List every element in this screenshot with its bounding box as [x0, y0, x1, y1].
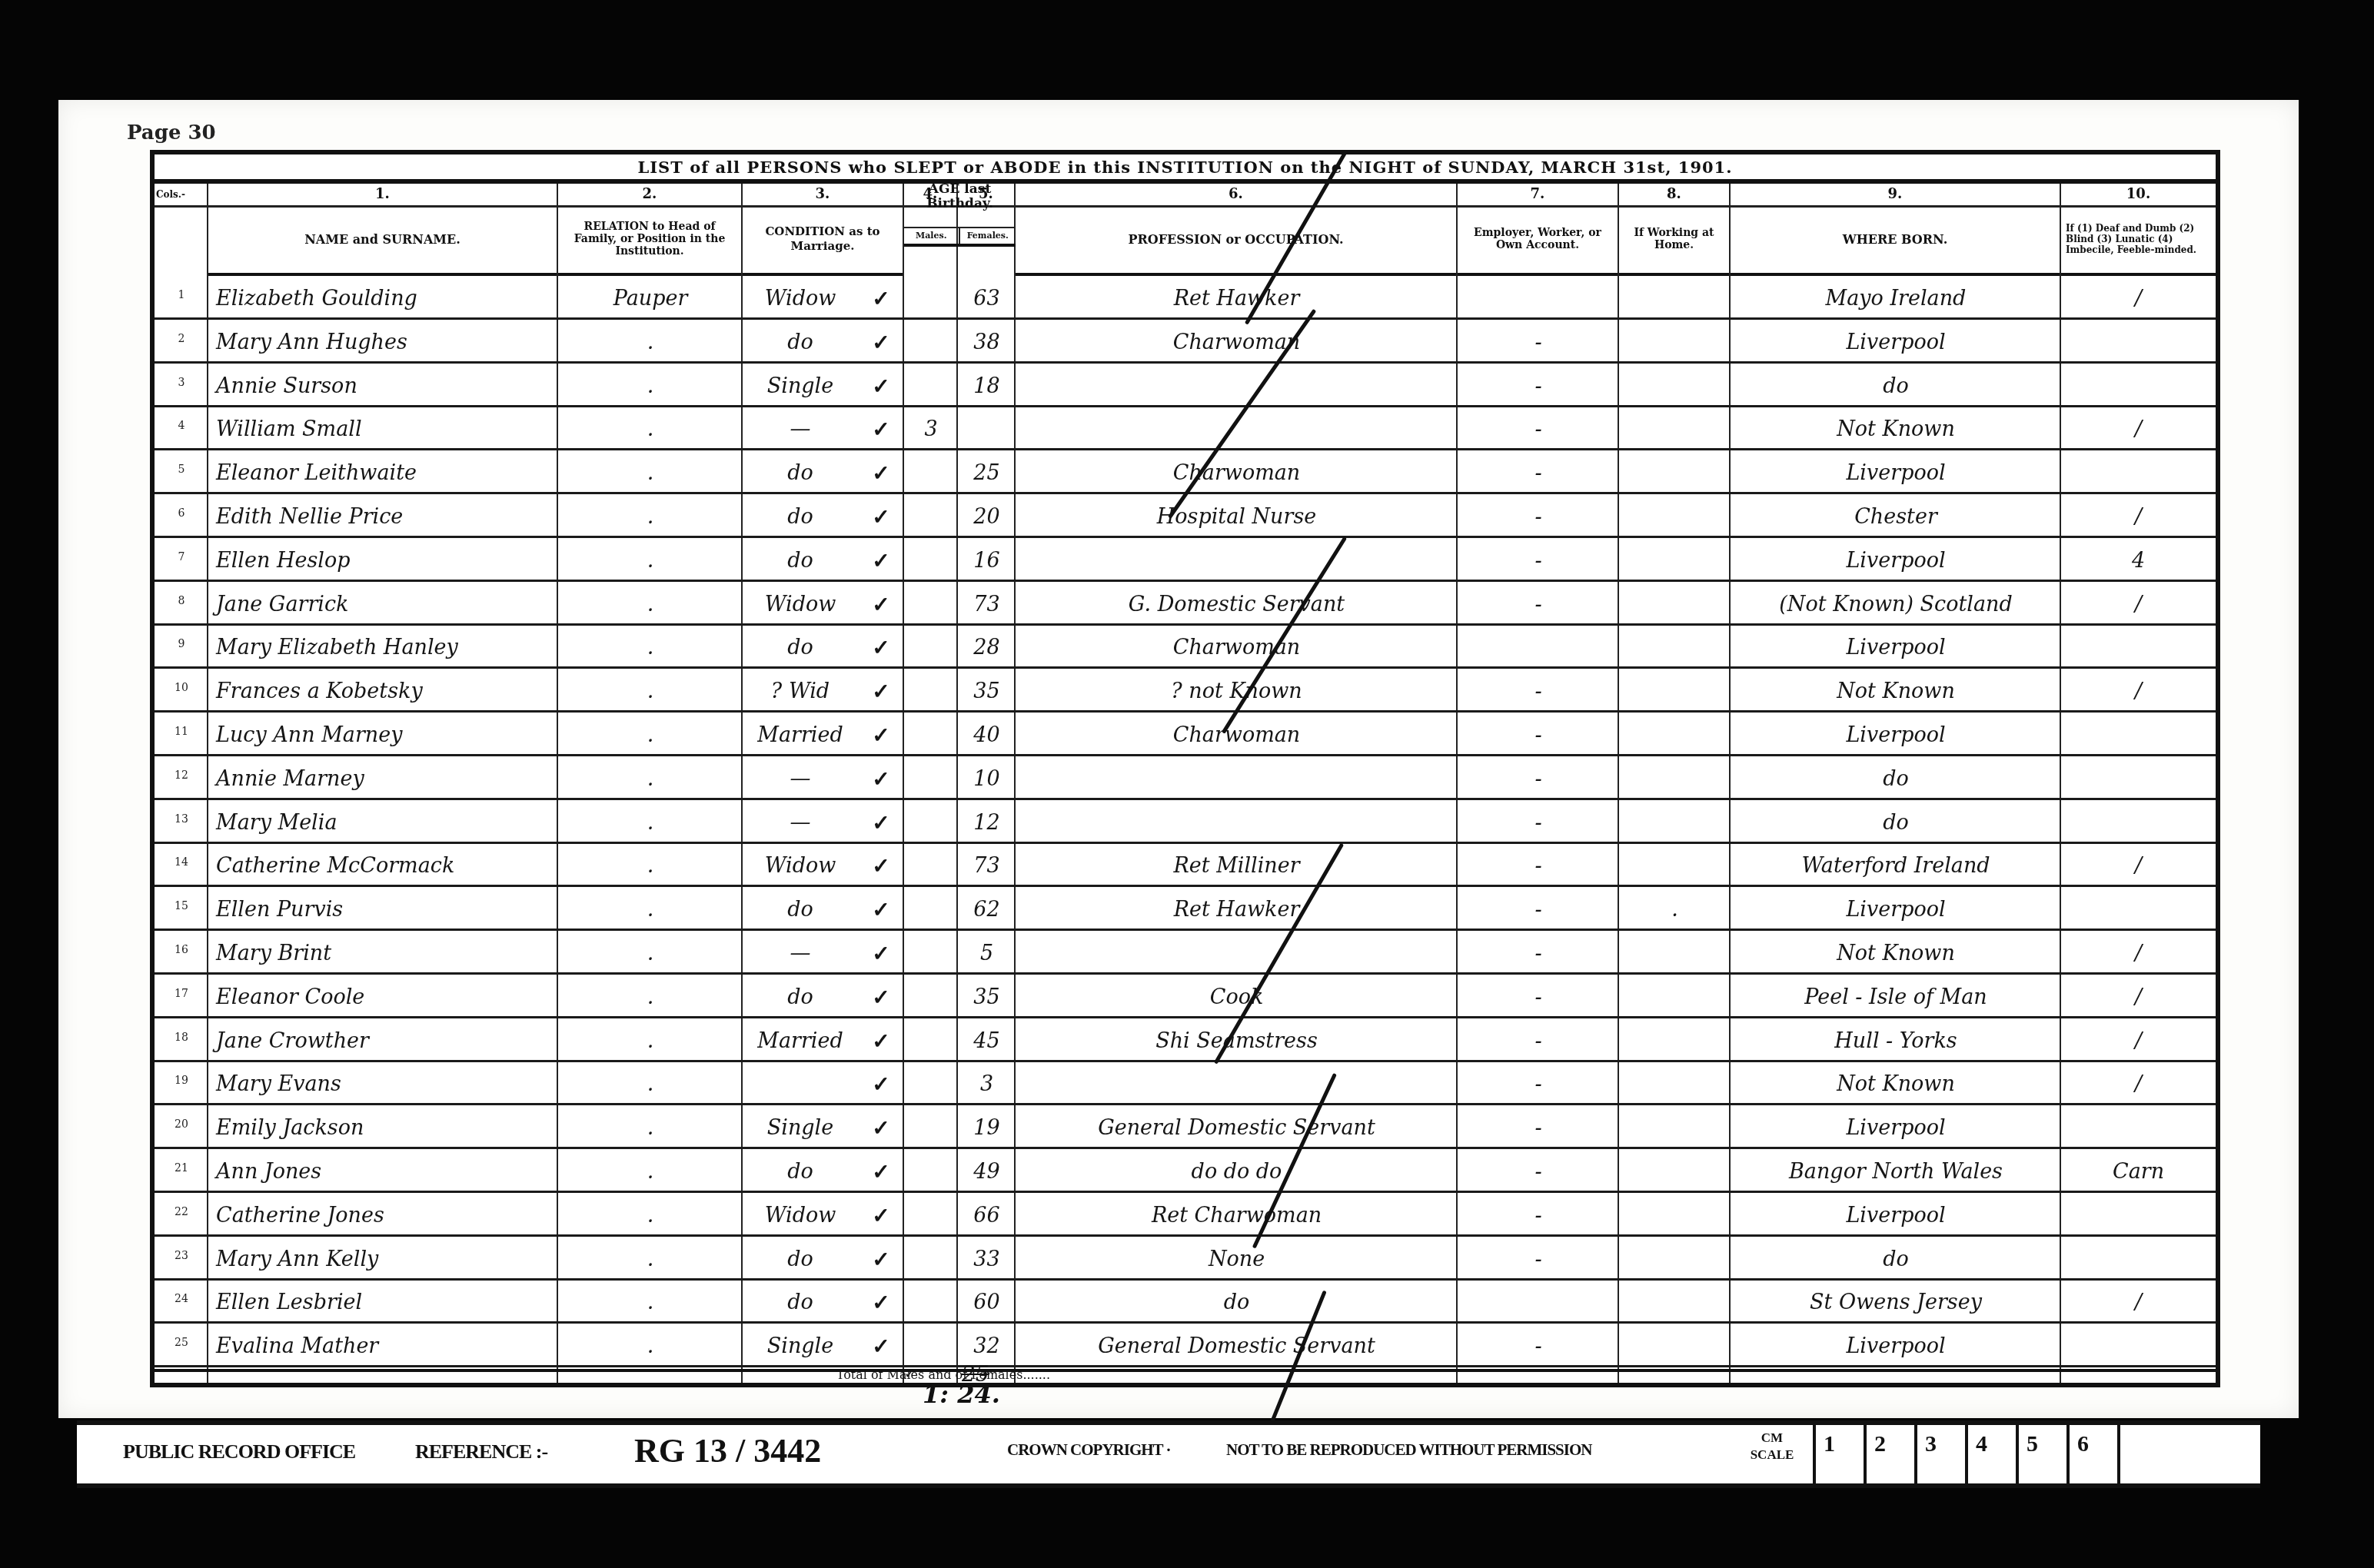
working-at-home: . — [1619, 887, 1731, 929]
footer-scale-label: CM SCALE — [1749, 1430, 1795, 1463]
working-at-home — [1619, 931, 1731, 972]
relation-to-head: . — [558, 1324, 743, 1365]
row-number: 2 — [155, 320, 208, 361]
age-female: 35 — [958, 669, 1016, 710]
marital-condition: do — [743, 975, 858, 1016]
person-name: Ann Jones — [208, 1149, 558, 1191]
age-male — [904, 538, 958, 580]
header-home: If Working at Home. — [1619, 205, 1729, 276]
age-female: 45 — [958, 1018, 1016, 1060]
age-female: 20 — [958, 494, 1016, 536]
table-row: 22Catherine Jones.Widow✓66Ret Charwoman-… — [155, 1193, 2216, 1237]
infirmity-mark: Carn — [2061, 1149, 2216, 1191]
scale-mark: 3 — [1914, 1425, 1965, 1483]
employment-status: - — [1458, 582, 1619, 623]
occupation — [1016, 364, 1458, 405]
birthplace: Not Known — [1731, 931, 2061, 972]
birthplace: do — [1731, 364, 2061, 405]
person-name: Mary Ann Kelly — [208, 1237, 558, 1278]
marital-condition: — — [743, 800, 858, 842]
occupation: G. Domestic Servant — [1016, 582, 1458, 623]
age-female: 49 — [958, 1149, 1016, 1191]
working-at-home — [1619, 669, 1731, 710]
employment-status: - — [1458, 407, 1619, 448]
census-schedule-table: LIST of all PERSONS who SLEPT or ABODE i… — [150, 150, 2220, 1387]
relation-to-head: . — [558, 494, 743, 536]
footer-reference-label: REFERENCE :- — [415, 1440, 547, 1463]
age-male — [904, 276, 958, 317]
infirmity-mark: / — [2061, 1018, 2216, 1060]
working-at-home — [1619, 320, 1731, 361]
age-male — [904, 364, 958, 405]
marital-condition: do — [743, 450, 858, 492]
row-number: 5 — [155, 450, 208, 492]
person-name: Lucy Ann Marney — [208, 713, 558, 754]
person-name: Frances a Kobetsky — [208, 669, 558, 710]
marital-condition: Single — [743, 364, 858, 405]
check-mark: ✓ — [858, 1061, 904, 1103]
row-number: 20 — [155, 1105, 208, 1147]
marital-condition: do — [743, 625, 858, 666]
marital-condition: do — [743, 1237, 858, 1278]
check-mark: ✓ — [858, 320, 904, 361]
table-row: 16Mary Brint.—✓5-Not Known/ — [155, 931, 2216, 975]
age-male — [904, 450, 958, 492]
age-female: 35 — [958, 975, 1016, 1016]
table-row: 12Annie Marney.—✓10-do — [155, 756, 2216, 800]
check-mark: ✓ — [858, 975, 904, 1016]
row-number: 11 — [155, 713, 208, 754]
table-row: 10Frances a Kobetsky.? Wid✓35? not Known… — [155, 669, 2216, 713]
table-row: 25Evalina Mather.Single✓32General Domest… — [155, 1324, 2216, 1367]
employment-status: - — [1458, 1105, 1619, 1147]
total-row: Total of Males and of Females....... ✓ 2… — [155, 1369, 2216, 1390]
occupation: Charwoman — [1016, 450, 1458, 492]
relation-to-head: . — [558, 713, 743, 754]
relation-to-head: . — [558, 1061, 743, 1103]
header-males: Males. — [904, 227, 960, 244]
check-mark: ✓ — [858, 887, 904, 929]
occupation — [1016, 931, 1458, 972]
age-male — [904, 931, 958, 972]
relation-to-head: . — [558, 887, 743, 929]
occupation — [1016, 800, 1458, 842]
relation-to-head: . — [558, 1193, 743, 1234]
occupation: Ret Hawker — [1016, 276, 1458, 317]
infirmity-mark — [2061, 800, 2216, 842]
employment-status: - — [1458, 364, 1619, 405]
age-female: 12 — [958, 800, 1016, 842]
age-male — [904, 669, 958, 710]
check-mark: ✓ — [858, 756, 904, 798]
table-row: 15Ellen Purvis.do✓62Ret Hawker-.Liverpoo… — [155, 887, 2216, 931]
person-name: Emily Jackson — [208, 1105, 558, 1147]
working-at-home — [1619, 975, 1731, 1016]
check-mark: ✓ — [858, 800, 904, 842]
birthplace: Mayo Ireland — [1731, 276, 2061, 317]
working-at-home — [1619, 494, 1731, 536]
scale-mark: 4 — [1965, 1425, 2016, 1483]
infirmity-mark: / — [2061, 582, 2216, 623]
row-number: 18 — [155, 1018, 208, 1060]
marital-condition: do — [743, 494, 858, 536]
infirmity-mark — [2061, 364, 2216, 405]
check-mark: ✓ — [858, 407, 904, 448]
row-number: 1 — [155, 276, 208, 317]
employment-status: - — [1458, 1237, 1619, 1278]
infirmity-mark: 4 — [2061, 538, 2216, 580]
check-mark: ✓ — [858, 494, 904, 536]
person-name: Elizabeth Goulding — [208, 276, 558, 317]
person-name: William Small — [208, 407, 558, 448]
age-female: 63 — [958, 276, 1016, 317]
occupation — [1016, 538, 1458, 580]
person-name: Evalina Mather — [208, 1324, 558, 1365]
scale-mark: 1 — [1813, 1425, 1864, 1483]
marital-condition: Married — [743, 1018, 858, 1060]
age-male — [904, 1324, 958, 1365]
birthplace: (Not Known) Scotland — [1731, 582, 2061, 623]
infirmity-mark: / — [2061, 843, 2216, 885]
age-female: 60 — [958, 1280, 1016, 1321]
table-row: 21Ann Jones.do✓49do do do-Bangor North W… — [155, 1149, 2216, 1193]
marital-condition: Widow — [743, 843, 858, 885]
occupation — [1016, 407, 1458, 448]
table-row: 18Jane Crowther.Married✓45Shi Seamstress… — [155, 1018, 2216, 1062]
relation-to-head: Pauper — [558, 276, 743, 317]
row-number: 7 — [155, 538, 208, 580]
relation-to-head: . — [558, 625, 743, 666]
relation-to-head: . — [558, 800, 743, 842]
marital-condition: Widow — [743, 1193, 858, 1234]
birthplace: Liverpool — [1731, 1193, 2061, 1234]
relation-to-head: . — [558, 320, 743, 361]
marital-condition: ? Wid — [743, 669, 858, 710]
employment-status: - — [1458, 1149, 1619, 1191]
check-mark: ✓ — [858, 1280, 904, 1321]
infirmity-mark — [2061, 625, 2216, 666]
age-female: 3 — [958, 1061, 1016, 1103]
occupation — [1016, 1061, 1458, 1103]
footer-reference: RG 13 / 3442 — [634, 1431, 821, 1470]
marital-condition: Single — [743, 1324, 858, 1365]
infirmity-mark — [2061, 1193, 2216, 1234]
relation-to-head: . — [558, 364, 743, 405]
total-males: ✓ — [904, 1366, 916, 1382]
check-mark: ✓ — [858, 669, 904, 710]
marital-condition: do — [743, 1280, 858, 1321]
marital-condition: Single — [743, 1105, 858, 1147]
check-mark: ✓ — [858, 450, 904, 492]
employment-status — [1458, 276, 1619, 317]
relation-to-head: . — [558, 1018, 743, 1060]
header-infirmity: If (1) Deaf and Dumb (2) Blind (3) Lunat… — [2061, 205, 2216, 276]
marital-condition: — — [743, 407, 858, 448]
table-row: 6Edith Nellie Price.do✓20Hospital Nurse-… — [155, 494, 2216, 538]
working-at-home — [1619, 1149, 1731, 1191]
table-row: 5Eleanor Leithwaite.do✓25Charwoman-Liver… — [155, 450, 2216, 494]
birthplace: Liverpool — [1731, 887, 2061, 929]
working-at-home — [1619, 843, 1731, 885]
birthplace: Not Known — [1731, 407, 2061, 448]
page-number: Page 30 — [127, 121, 216, 145]
relation-to-head: . — [558, 843, 743, 885]
age-female: 40 — [958, 713, 1016, 754]
birthplace: Chester — [1731, 494, 2061, 536]
age-male — [904, 625, 958, 666]
person-name: Catherine Jones — [208, 1193, 558, 1234]
row-number: 23 — [155, 1237, 208, 1278]
employment-status: - — [1458, 669, 1619, 710]
table-row: 13Mary Melia.—✓12-do — [155, 800, 2216, 844]
employment-status: - — [1458, 494, 1619, 536]
relation-to-head: . — [558, 1105, 743, 1147]
birthplace: Liverpool — [1731, 450, 2061, 492]
footer-copyright: CROWN COPYRIGHT · — [1007, 1440, 1170, 1460]
table-row: 8Jane Garrick.Widow✓73G. Domestic Servan… — [155, 582, 2216, 626]
employment-status: - — [1458, 800, 1619, 842]
relation-to-head: . — [558, 407, 743, 448]
table-row: 17Eleanor Coole.do✓35Cook-Peel - Isle of… — [155, 975, 2216, 1018]
age-male — [904, 1018, 958, 1060]
row-number: 19 — [155, 1061, 208, 1103]
row-number: 24 — [155, 1280, 208, 1321]
birthplace: Peel - Isle of Man — [1731, 975, 2061, 1016]
age-female: 10 — [958, 756, 1016, 798]
age-female: 66 — [958, 1193, 1016, 1234]
relation-to-head: . — [558, 582, 743, 623]
row-number: 14 — [155, 843, 208, 885]
age-male — [904, 756, 958, 798]
age-male — [904, 1280, 958, 1321]
infirmity-mark — [2061, 1105, 2216, 1147]
row-number: 16 — [155, 931, 208, 972]
scale-mark: 2 — [1864, 1425, 1914, 1483]
table-row: 24Ellen Lesbriel.do✓60doSt Owens Jersey/ — [155, 1280, 2216, 1324]
infirmity-mark: / — [2061, 1280, 2216, 1321]
age-male — [904, 582, 958, 623]
occupation: General Domestic Servant — [1016, 1324, 1458, 1365]
person-name: Mary Elizabeth Hanley — [208, 625, 558, 666]
age-male — [904, 843, 958, 885]
scale-mark: 5 — [2016, 1425, 2066, 1483]
employment-status: - — [1458, 887, 1619, 929]
age-male — [904, 1237, 958, 1278]
check-mark: ✓ — [858, 582, 904, 623]
relation-to-head: . — [558, 931, 743, 972]
person-name: Mary Brint — [208, 931, 558, 972]
infirmity-mark: / — [2061, 931, 2216, 972]
check-mark: ✓ — [858, 625, 904, 666]
person-name: Ellen Lesbriel — [208, 1280, 558, 1321]
check-mark: ✓ — [858, 1237, 904, 1278]
person-name: Jane Crowther — [208, 1018, 558, 1060]
row-number: 25 — [155, 1324, 208, 1365]
marital-condition: Married — [743, 713, 858, 754]
person-name: Ellen Purvis — [208, 887, 558, 929]
age-female: 38 — [958, 320, 1016, 361]
birthplace: Liverpool — [1731, 320, 2061, 361]
working-at-home — [1619, 800, 1731, 842]
employment-status: - — [1458, 713, 1619, 754]
table-row: 1Elizabeth GouldingPauperWidow✓63Ret Haw… — [155, 276, 2216, 320]
employment-status: - — [1458, 1018, 1619, 1060]
birthplace: do — [1731, 1237, 2061, 1278]
infirmity-mark: / — [2061, 669, 2216, 710]
employment-status: - — [1458, 450, 1619, 492]
working-at-home — [1619, 1061, 1731, 1103]
employment-status: - — [1458, 538, 1619, 580]
age-male — [904, 1193, 958, 1234]
occupation: ? not Known — [1016, 669, 1458, 710]
row-number: 10 — [155, 669, 208, 710]
infirmity-mark: / — [2061, 276, 2216, 317]
working-at-home — [1619, 713, 1731, 754]
working-at-home — [1619, 1193, 1731, 1234]
employment-status: - — [1458, 931, 1619, 972]
relation-to-head: . — [558, 1149, 743, 1191]
archive-footer: PUBLIC RECORD OFFICE REFERENCE :- RG 13 … — [77, 1420, 2260, 1488]
person-name: Mary Ann Hughes — [208, 320, 558, 361]
employment-status: - — [1458, 756, 1619, 798]
occupation: Hospital Nurse — [1016, 494, 1458, 536]
marital-condition: do — [743, 320, 858, 361]
working-at-home — [1619, 1324, 1731, 1365]
birthplace: Liverpool — [1731, 538, 2061, 580]
header-age: AGE last Birthday. Males. Females. — [904, 176, 1016, 247]
age-male — [904, 320, 958, 361]
marital-condition: Widow — [743, 582, 858, 623]
row-number: 22 — [155, 1193, 208, 1234]
marital-condition: do — [743, 538, 858, 580]
header-employer: Employer, Worker, or Own Account. — [1458, 205, 1618, 276]
occupation: do — [1016, 1280, 1458, 1321]
total-correction: 1: 24. — [923, 1380, 1000, 1409]
marital-condition: do — [743, 887, 858, 929]
age-male — [904, 1105, 958, 1147]
age-female: 73 — [958, 582, 1016, 623]
row-number: 21 — [155, 1149, 208, 1191]
person-name: Catherine McCormack — [208, 843, 558, 885]
infirmity-mark — [2061, 713, 2216, 754]
scale-end — [2117, 1425, 2128, 1483]
birthplace: Liverpool — [1731, 1324, 2061, 1365]
employment-status — [1458, 625, 1619, 666]
occupation: Ret Milliner — [1016, 843, 1458, 885]
birthplace: Liverpool — [1731, 713, 2061, 754]
employment-status: - — [1458, 975, 1619, 1016]
infirmity-mark: / — [2061, 975, 2216, 1016]
infirmity-mark — [2061, 1324, 2216, 1365]
birthplace: do — [1731, 800, 2061, 842]
row-number: 3 — [155, 364, 208, 405]
marital-condition: — — [743, 931, 858, 972]
age-female: 16 — [958, 538, 1016, 580]
working-at-home — [1619, 582, 1731, 623]
relation-to-head: . — [558, 669, 743, 710]
header-occupation: PROFESSION or OCCUPATION. — [1016, 205, 1456, 276]
table-row: 2Mary Ann Hughes.do✓38Charwoman-Liverpoo… — [155, 320, 2216, 364]
relation-to-head: . — [558, 1237, 743, 1278]
occupation: Charwoman — [1016, 713, 1458, 754]
age-female — [958, 407, 1016, 448]
birthplace: Hull - Yorks — [1731, 1018, 2061, 1060]
row-number: 12 — [155, 756, 208, 798]
row-number: 9 — [155, 625, 208, 666]
check-mark: ✓ — [858, 1193, 904, 1234]
birthplace: Waterford Ireland — [1731, 843, 2061, 885]
row-number: 4 — [155, 407, 208, 448]
marital-condition: — — [743, 756, 858, 798]
check-mark: ✓ — [858, 538, 904, 580]
infirmity-mark — [2061, 450, 2216, 492]
working-at-home — [1619, 1280, 1731, 1321]
footer-office: PUBLIC RECORD OFFICE — [123, 1440, 355, 1463]
working-at-home — [1619, 276, 1731, 317]
header-where-born: WHERE BORN. — [1731, 205, 2060, 276]
occupation: None — [1016, 1237, 1458, 1278]
birthplace: do — [1731, 756, 2061, 798]
age-male — [904, 975, 958, 1016]
row-number: 8 — [155, 582, 208, 623]
person-name: Eleanor Coole — [208, 975, 558, 1016]
row-number: 13 — [155, 800, 208, 842]
table-row: 20Emily Jackson.Single✓19General Domesti… — [155, 1105, 2216, 1149]
age-female: 33 — [958, 1237, 1016, 1278]
birthplace: Liverpool — [1731, 625, 2061, 666]
check-mark: ✓ — [858, 1018, 904, 1060]
age-male — [904, 494, 958, 536]
check-mark: ✓ — [858, 931, 904, 972]
table-row: 11Lucy Ann Marney.Married✓40Charwoman-Li… — [155, 713, 2216, 756]
birthplace: Liverpool — [1731, 1105, 2061, 1147]
employment-status: - — [1458, 1193, 1619, 1234]
check-mark: ✓ — [858, 1149, 904, 1191]
person-name: Eleanor Leithwaite — [208, 450, 558, 492]
occupation: do do do — [1016, 1149, 1458, 1191]
working-at-home — [1619, 364, 1731, 405]
relation-to-head: . — [558, 975, 743, 1016]
age-female: 5 — [958, 931, 1016, 972]
working-at-home — [1619, 756, 1731, 798]
birthplace: St Owens Jersey — [1731, 1280, 2061, 1321]
employment-status: - — [1458, 320, 1619, 361]
table-row: 19Mary Evans.✓3-Not Known/ — [155, 1061, 2216, 1105]
schedule-title: LIST of all PERSONS who SLEPT or ABODE i… — [155, 154, 2216, 184]
occupation: Ret Charwoman — [1016, 1193, 1458, 1234]
age-male — [904, 800, 958, 842]
scale-mark: 6 — [2066, 1425, 2117, 1483]
working-at-home — [1619, 407, 1731, 448]
marital-condition: do — [743, 1149, 858, 1191]
age-female: 73 — [958, 843, 1016, 885]
occupation — [1016, 756, 1458, 798]
marital-condition: Widow — [743, 276, 858, 317]
age-female: 62 — [958, 887, 1016, 929]
age-male: 3 — [904, 407, 958, 448]
header-relation: RELATION to Head of Family, or Position … — [558, 205, 741, 276]
age-female: 19 — [958, 1105, 1016, 1147]
birthplace: Not Known — [1731, 669, 2061, 710]
row-number: 15 — [155, 887, 208, 929]
age-female: 18 — [958, 364, 1016, 405]
relation-to-head: . — [558, 756, 743, 798]
table-row: 14Catherine McCormack.Widow✓73Ret Millin… — [155, 843, 2216, 887]
working-at-home — [1619, 1018, 1731, 1060]
age-male — [904, 887, 958, 929]
age-female: 32 — [958, 1324, 1016, 1365]
employment-status: - — [1458, 843, 1619, 885]
